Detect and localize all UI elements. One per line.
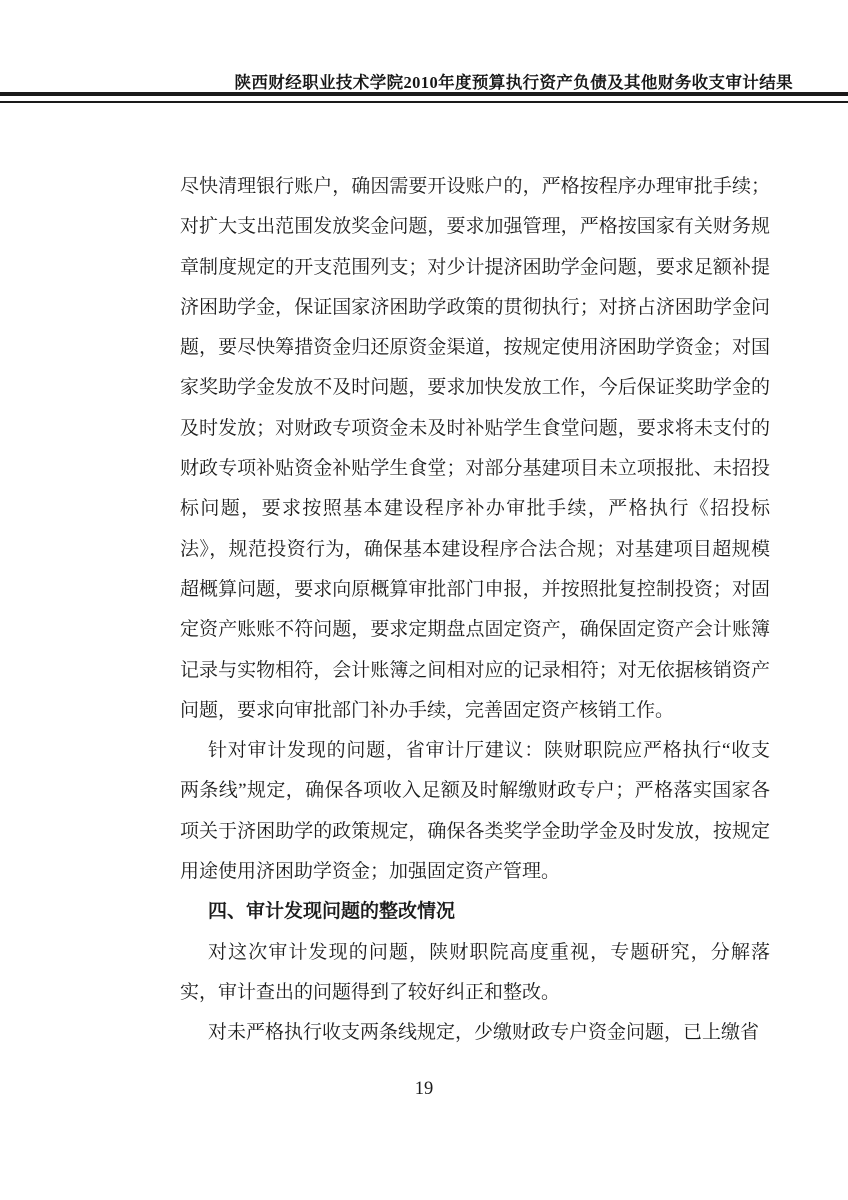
text-line: 法》，规范投资行为，确保基本建设程序合法合规；对基建项目超规模 [180, 530, 770, 570]
text-line: 财政专项补贴资金补贴学生食堂；对部分基建项目未立项报批、未招投 [180, 449, 770, 489]
text-line: 实，审计查出的问题得到了较好纠正和整改。 [180, 973, 770, 1013]
text-line: 超概算问题，要求向原概算审批部门申报，并按照批复控制投资；对固 [180, 570, 770, 610]
text-line: 家奖助学金发放不及时问题，要求加快发放工作，今后保证奖助学金的 [180, 368, 770, 408]
section-heading: 四、审计发现问题的整改情况 [180, 892, 770, 932]
text-line: 针对审计发现的问题，省审计厅建议：陕财职院应严格执行“收支 [180, 731, 770, 771]
header-rule-thin [0, 101, 848, 103]
text-line: 两条线”规定，确保各项收入足额及时解缴财政专户；严格落实国家各 [180, 771, 770, 811]
text-line: 问题，要求向审批部门补办手续，完善固定资产核销工作。 [180, 691, 770, 731]
text-line: 标问题，要求按照基本建设程序补办审批手续，严格执行《招投标 [180, 489, 770, 529]
running-header-title: 陕西财经职业技术学院2010年度预算执行资产负债及其他财务收支审计结果 [235, 69, 794, 93]
header-rule-thick [0, 92, 848, 96]
text-line: 对扩大支出范围发放奖金问题，要求加强管理，严格按国家有关财务规 [180, 207, 770, 247]
text-line: 定资产账账不符问题，要求定期盘点固定资产，确保固定资产会计账簿 [180, 610, 770, 650]
text-line: 尽快清理银行账户，确因需要开设账户的，严格按程序办理审批手续； [180, 167, 770, 207]
text-line: 章制度规定的开支范围列支；对少计提济困助学金问题，要求足额补提 [180, 248, 770, 288]
text-line: 记录与实物相符，会计账簿之间相对应的记录相符；对无依据核销资产 [180, 651, 770, 691]
text-line: 济困助学金，保证国家济困助学政策的贯彻执行；对挤占济困助学金问 [180, 288, 770, 328]
text-line: 及时发放；对财政专项资金未及时补贴学生食堂问题，要求将未支付的 [180, 409, 770, 449]
text-line: 对这次审计发现的问题，陕财职院高度重视，专题研究，分解落 [180, 933, 770, 973]
body-text: 尽快清理银行账户，确因需要开设账户的，严格按程序办理审批手续；对扩大支出范围发放… [180, 167, 770, 1054]
page-number: 19 [0, 1079, 848, 1100]
text-line: 题，要尽快筹措资金归还原资金渠道，按规定使用济困助学资金；对国 [180, 328, 770, 368]
text-line: 用途使用济困助学资金；加强固定资产管理。 [180, 852, 770, 892]
text-line: 对未严格执行收支两条线规定，少缴财政专户资金问题，已上缴省 [180, 1013, 770, 1053]
text-line: 项关于济困助学的政策规定，确保各类奖学金助学金及时发放，按规定 [180, 812, 770, 852]
document-page: 陕西财经职业技术学院2010年度预算执行资产负债及其他财务收支审计结果 尽快清理… [0, 0, 848, 1200]
